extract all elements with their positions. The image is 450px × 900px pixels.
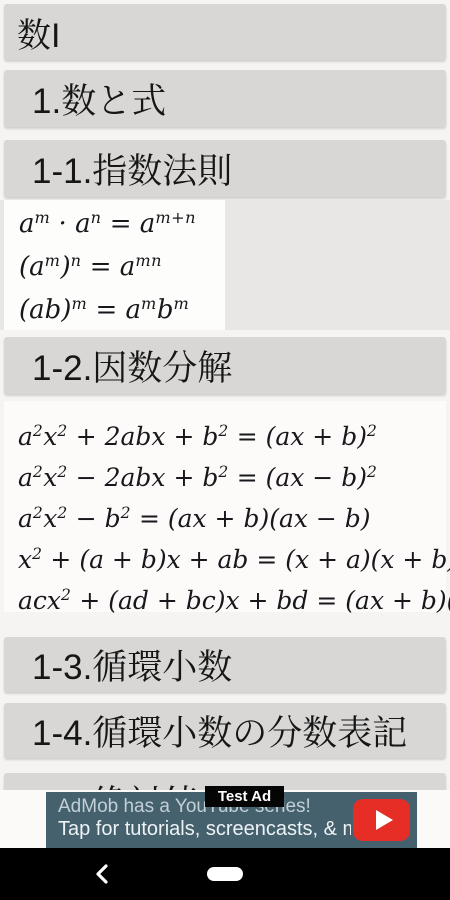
section-header-1-1[interactable]: 1-1.指数法則: [4, 140, 446, 197]
formula-line: a2x2 + 2abx + b2 = (ax + b)2: [18, 418, 446, 459]
section-header-1-3[interactable]: 1-3.循環小数: [4, 637, 446, 692]
system-nav-bar: [0, 848, 450, 900]
section-header-1-4[interactable]: 1-4.循環小数の分数表記: [4, 703, 446, 758]
ad-subline: Tap for tutorials, screencasts, & more.: [58, 818, 351, 841]
section-label: 1-2.因数分解: [32, 341, 232, 391]
formula-block-1-2: a2x2 + 2abx + b2 = (ax + b)2 a2x2 − 2abx…: [4, 401, 446, 612]
play-triangle-icon: [376, 810, 393, 830]
formula-line: x2 + (a + b)x + ab = (x + a)(x + b): [18, 541, 446, 582]
test-ad-text: Test Ad: [218, 788, 271, 805]
section-header-1-2[interactable]: 1-2.因数分解: [4, 337, 446, 394]
formula-line: acx2 + (ad + bc)x + bd = (ax + b)(cx + d…: [18, 582, 446, 623]
home-pill-icon[interactable]: [207, 867, 243, 881]
formula-line: a2x2 − 2abx + b2 = (ax − b)2: [18, 459, 446, 500]
formula-block-1-1: am · an = am+n (am)n = amn (ab)m = ambm: [0, 200, 450, 330]
ad-headline: AdMob has a YouTube series!: [58, 797, 347, 817]
book-title-bar: 数I: [4, 4, 446, 60]
section-label: 1.数と式: [32, 74, 166, 124]
app-screen: 数I 1.数と式 1-1.指数法則 am · an = am+n (am)n =…: [0, 0, 450, 900]
section-label: 1-4.循環小数の分数表記: [32, 706, 407, 756]
formula-line: a2x2 − b2 = (ax + b)(ax − b): [18, 500, 446, 541]
formula-line: (am)n = amn: [19, 247, 225, 290]
section-label: 1-3.循環小数: [32, 640, 232, 690]
test-ad-label: Test Ad: [205, 786, 284, 807]
section-header-1[interactable]: 1.数と式: [4, 70, 446, 127]
youtube-play-icon[interactable]: [353, 799, 410, 841]
formula-card: am · an = am+n (am)n = amn (ab)m = ambm: [4, 200, 225, 330]
formula-line: (ab)m = ambm: [19, 290, 225, 333]
book-title: 数I: [17, 8, 60, 57]
section-label: 1-1.指数法則: [32, 144, 232, 194]
back-chevron-icon[interactable]: [90, 862, 114, 886]
formula-line: am · an = am+n: [19, 204, 225, 247]
